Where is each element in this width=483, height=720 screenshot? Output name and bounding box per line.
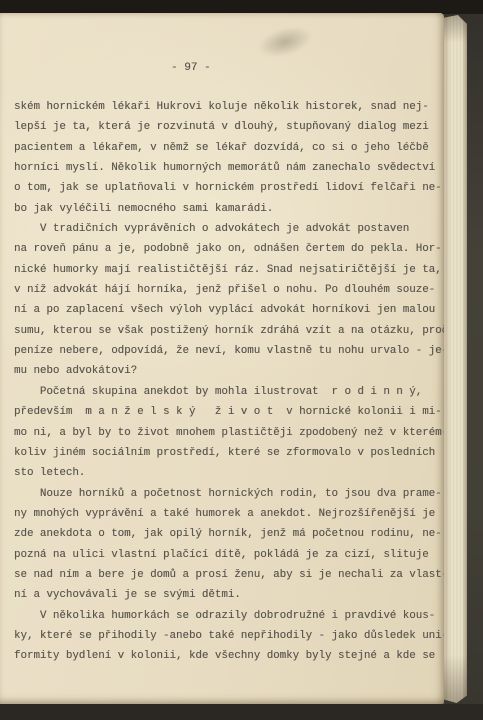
text-line: se nad ním a bere je domů a prosí ženu, … xyxy=(14,565,452,585)
text-line: zde anekdota o tom, jak opilý horník, je… xyxy=(14,524,452,544)
text-line: ky, které se přihodily -anebo také nepři… xyxy=(14,626,452,646)
text-line: V několika humorkách se odrazily dobrodr… xyxy=(14,606,452,626)
book-scan-photo: - 97 - ském hornickém lékaři Hukrovi kol… xyxy=(0,0,483,720)
text-line: ském hornickém lékaři Hukrovi koluje něk… xyxy=(14,97,452,117)
text-line: pozná na ulici vlastní plačící dítě, pok… xyxy=(14,545,452,565)
text-line: koliv jiném sociálním prostředí, které s… xyxy=(14,443,452,463)
text-line: mo ni, a byl by to život mnohem plastičt… xyxy=(14,423,452,443)
text-line: Nouze horníků a početnost hornických rod… xyxy=(14,484,452,504)
typewritten-text-block: ském hornickém lékaři Hukrovi koluje něk… xyxy=(14,97,452,667)
backdrop-bottom xyxy=(0,704,483,720)
text-line: na roveň pánu a je, podobně jako on, odn… xyxy=(14,239,452,259)
text-line: V tradičních vyprávěních o advokátech je… xyxy=(14,219,452,239)
book-fore-edge-pages xyxy=(444,15,467,703)
text-line: pacientem a lékařem, v němž se lékař doz… xyxy=(14,138,452,158)
backdrop-top xyxy=(0,0,483,14)
text-line: především m a n ž e l s k ý ž i v o t v … xyxy=(14,402,452,422)
text-line: peníze nebere, odpovídá, že neví, komu v… xyxy=(14,341,452,361)
page-number: - 97 - xyxy=(171,62,211,74)
text-line: lepší je ta, která je rozvinutá v dlouhý… xyxy=(14,117,452,137)
paper-smudge xyxy=(252,20,318,65)
text-line: Početná skupina anekdot by mohla ilustro… xyxy=(14,382,452,402)
text-line: ní a vychovávali je se svými dětmi. xyxy=(14,585,452,605)
text-line: sumu, kterou se však postižený horník zd… xyxy=(14,321,452,341)
text-line: o tom, jak se uplatňovali v hornickém pr… xyxy=(14,178,452,198)
text-line: nické humorky mají realističtější ráz. S… xyxy=(14,260,452,280)
text-line: mu nebo advokátovi? xyxy=(14,361,452,381)
scanned-page: - 97 - ském hornickém lékaři Hukrovi kol… xyxy=(0,13,444,704)
text-line: bo jak vyléčili nemocného sami kamarádi. xyxy=(14,199,452,219)
text-line: v níž advokát hájí horníka, jenž přišel … xyxy=(14,280,452,300)
text-line: horníci myslí. Několik humorných memorát… xyxy=(14,158,452,178)
text-line: ní a po zaplacení všech výloh vyplácí ad… xyxy=(14,300,452,320)
text-line: ny mnohých vyprávění a také humorek a an… xyxy=(14,504,452,524)
text-line: sto letech. xyxy=(14,463,452,483)
text-line: formity bydlení v kolonii, kde všechny d… xyxy=(14,646,452,666)
